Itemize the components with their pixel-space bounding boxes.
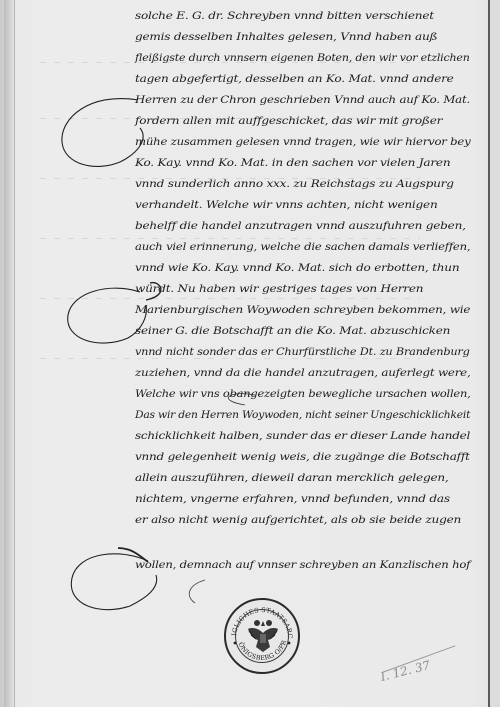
bleed-through	[40, 358, 420, 359]
manuscript-line: mühe zusammen gelesen vnnd tragen, wie w…	[135, 136, 470, 148]
manuscript-line: vnnd gelegenheit wenig weis, die zugänge…	[135, 451, 470, 463]
manuscript-line: zuziehen, vnnd da die handel anzutragen,…	[135, 367, 471, 379]
manuscript-line: nichtem, vngerne erfahren, vnnd befunden…	[135, 493, 450, 505]
manuscript-line: gemis desselben Inhaltes gelesen, Vnnd h…	[135, 31, 437, 43]
manuscript-line: behelff die handel anzutragen vnnd auszu…	[135, 220, 466, 232]
manuscript-line: würdt. Nu haben wir gestriges tages von …	[135, 283, 423, 295]
manuscript-line: Das wir den Herren Woywoden, nicht seine…	[135, 409, 470, 421]
manuscript-line: vnnd sunderlich anno xxx. zu Reichstags …	[135, 178, 454, 190]
manuscript-line: schicklichkeit halben, sunder das er die…	[135, 430, 470, 442]
manuscript-line: verhandelt. Welche wir vnns achten, nich…	[135, 199, 438, 211]
manuscript-line: wollen, demnach auf vnnser schreyben an …	[135, 559, 470, 571]
manuscript-line: seiner G. die Botschafft an die Ko. Mat.…	[135, 325, 450, 337]
manuscript-line: vnnd nicht sonder das er Churfürstliche …	[135, 346, 470, 358]
manuscript-line: allein auszuführen, dieweil daran merckl…	[135, 472, 449, 484]
manuscript-line: Marienburgischen Woywoden schreyben beko…	[135, 304, 470, 316]
manuscript-line: er also nicht wenig aufgerichtet, als ob…	[135, 514, 461, 526]
scan-border-strip	[490, 0, 500, 707]
manuscript-line: fordern allen mit auffgeschicket, das wi…	[135, 115, 442, 127]
eagle-icon	[246, 617, 280, 655]
manuscript-page: solche E. G. dr. Schreyben vnnd bitten v…	[0, 0, 500, 707]
bleed-through	[40, 298, 420, 299]
bleed-through	[40, 238, 420, 239]
manuscript-line: Ko. Kay. vnnd Ko. Mat. in den sachen vor…	[135, 157, 450, 169]
manuscript-line: Herren zu der Chron geschrieben Vnnd auc…	[135, 94, 470, 106]
manuscript-line: fleißigste durch vnnsern eigenen Boten, …	[135, 52, 470, 64]
page-binding-edge	[4, 0, 15, 707]
manuscript-line: tagen abgefertigt, desselben an Ko. Mat.…	[135, 73, 454, 85]
manuscript-line: Welche wir vns obangezeigten bewegliche …	[135, 388, 471, 400]
archive-stamp: KÖNIGLICHES STAATSARCHIV KÖNIGSBERG O/PR…	[224, 598, 300, 674]
manuscript-line: solche E. G. dr. Schreyben vnnd bitten v…	[135, 10, 434, 22]
manuscript-line: auch viel erinnerung, welche die sachen …	[135, 241, 470, 253]
manuscript-line: vnnd wie Ko. Kay. vnnd Ko. Mat. sich do …	[135, 262, 459, 274]
